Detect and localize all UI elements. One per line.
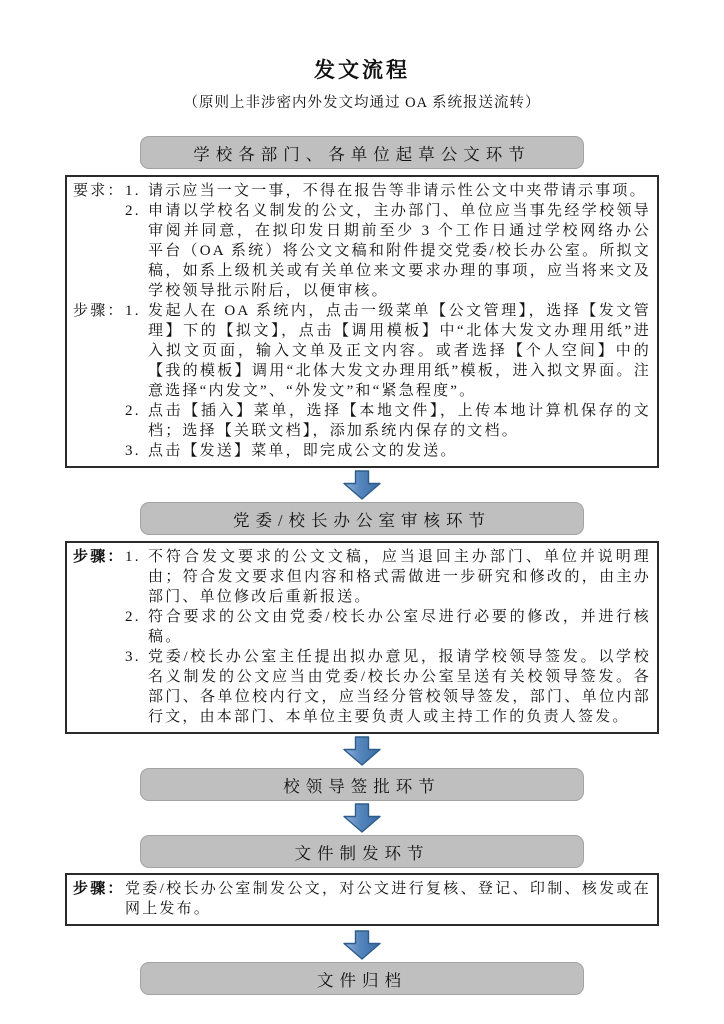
section-label-steps: 步骤： — [73, 547, 125, 727]
flow-connector — [0, 736, 724, 766]
detail-box-issue: 步骤： 党委/校长办公室制发公文，对公文进行复核、登记、印制、核发或在网上发布。 — [65, 873, 659, 926]
section-label-requirements: 要求： — [73, 181, 125, 301]
item-text: 不符合发文要求的公文文稿，应当退回主办部门、单位并说明理由；符合发文要求但内容和… — [148, 547, 651, 607]
item-number: 2. — [125, 401, 148, 441]
stage-node-issue: 文件制发环节 — [140, 835, 584, 868]
stage-label: 文件归档 — [317, 967, 407, 991]
stage-node-draft: 学校各部门、各单位起草公文环节 — [140, 136, 584, 169]
item-number: 1. — [125, 547, 148, 607]
item-text: 请示应当一文一事，不得在报告等非请示性公文中夹带请示事项。 — [148, 181, 651, 201]
steps-section: 步骤： 党委/校长办公室制发公文，对公文进行复核、登记、印制、核发或在网上发布。 — [73, 879, 651, 919]
item-number: 2. — [125, 201, 148, 301]
stage-label: 党委/校长办公室审核环节 — [233, 507, 491, 531]
steps-section: 步骤： 1. 发起人在 OA 系统内，点击一级菜单【公文管理】，选择【发文管理】… — [73, 301, 651, 461]
stage-node-review: 党委/校长办公室审核环节 — [140, 502, 584, 535]
section-label-steps: 步骤： — [73, 879, 125, 919]
arrow-down-icon — [343, 803, 381, 833]
arrow-down-icon — [343, 930, 381, 960]
stage-node-sign: 校领导签批环节 — [140, 768, 584, 801]
page-subtitle: （原则上非涉密内外发文均通过 OA 系统报送流转） — [0, 91, 724, 112]
list-item: 2. 符合要求的公文由党委/校长办公室尽进行必要的修改，并进行核稿。 — [125, 607, 651, 647]
item-text: 符合要求的公文由党委/校长办公室尽进行必要的修改，并进行核稿。 — [148, 607, 651, 647]
item-text: 申请以学校名义制发的公文，主办部门、单位应当事先经学校领导审阅并同意，在拟印发日… — [148, 201, 651, 301]
page-title: 发文流程 — [0, 54, 724, 84]
stage-node-archive: 文件归档 — [140, 962, 584, 995]
flow-connector — [0, 803, 724, 833]
item-number: 3. — [125, 441, 148, 461]
item-text: 点击【插入】菜单，选择【本地文件】，上传本地计算机保存的文档；选择【关联文档】，… — [148, 401, 651, 441]
list-item: 1. 发起人在 OA 系统内，点击一级菜单【公文管理】，选择【发文管理】下的【拟… — [125, 301, 651, 401]
item-number: 1. — [125, 181, 148, 201]
item-number: 1. — [125, 301, 148, 401]
arrow-down-icon — [343, 736, 381, 766]
list-item: 3. 点击【发送】菜单，即完成公文的发送。 — [125, 441, 651, 461]
section-label-steps: 步骤： — [73, 301, 125, 461]
detail-box-draft: 要求： 1. 请示应当一文一事，不得在报告等非请示性公文中夹带请示事项。 2. … — [65, 175, 659, 468]
list-item: 2. 点击【插入】菜单，选择【本地文件】，上传本地计算机保存的文档；选择【关联文… — [125, 401, 651, 441]
list-item: 2. 申请以学校名义制发的公文，主办部门、单位应当事先经学校领导审阅并同意，在拟… — [125, 201, 651, 301]
flow-connector — [0, 470, 724, 500]
steps-section: 步骤： 1. 不符合发文要求的公文文稿，应当退回主办部门、单位并说明理由；符合发… — [73, 547, 651, 727]
document-page: 发文流程 （原则上非涉密内外发文均通过 OA 系统报送流转） 学校各部门、各单位… — [0, 0, 724, 1024]
section-text: 党委/校长办公室制发公文，对公文进行复核、登记、印制、核发或在网上发布。 — [125, 879, 651, 919]
stage-label: 校领导签批环节 — [283, 773, 441, 797]
item-number: 2. — [125, 607, 148, 647]
list-item: 3. 党委/校长办公室主任提出拟办意见，报请学校领导签发。以学校名义制发的公文应… — [125, 647, 651, 727]
flow-connector — [0, 930, 724, 960]
arrow-down-icon — [343, 470, 381, 500]
stage-label: 学校各部门、各单位起草公文环节 — [193, 141, 531, 165]
item-number: 3. — [125, 647, 148, 727]
item-text: 发起人在 OA 系统内，点击一级菜单【公文管理】，选择【发文管理】下的【拟文】，… — [148, 301, 651, 401]
item-text: 点击【发送】菜单，即完成公文的发送。 — [148, 441, 651, 461]
requirements-section: 要求： 1. 请示应当一文一事，不得在报告等非请示性公文中夹带请示事项。 2. … — [73, 181, 651, 301]
stage-label: 文件制发环节 — [295, 840, 430, 864]
list-item: 1. 不符合发文要求的公文文稿，应当退回主办部门、单位并说明理由；符合发文要求但… — [125, 547, 651, 607]
list-item: 1. 请示应当一文一事，不得在报告等非请示性公文中夹带请示事项。 — [125, 181, 651, 201]
detail-box-review: 步骤： 1. 不符合发文要求的公文文稿，应当退回主办部门、单位并说明理由；符合发… — [65, 541, 659, 734]
item-text: 党委/校长办公室主任提出拟办意见，报请学校领导签发。以学校名义制发的公文应当由党… — [148, 647, 651, 727]
